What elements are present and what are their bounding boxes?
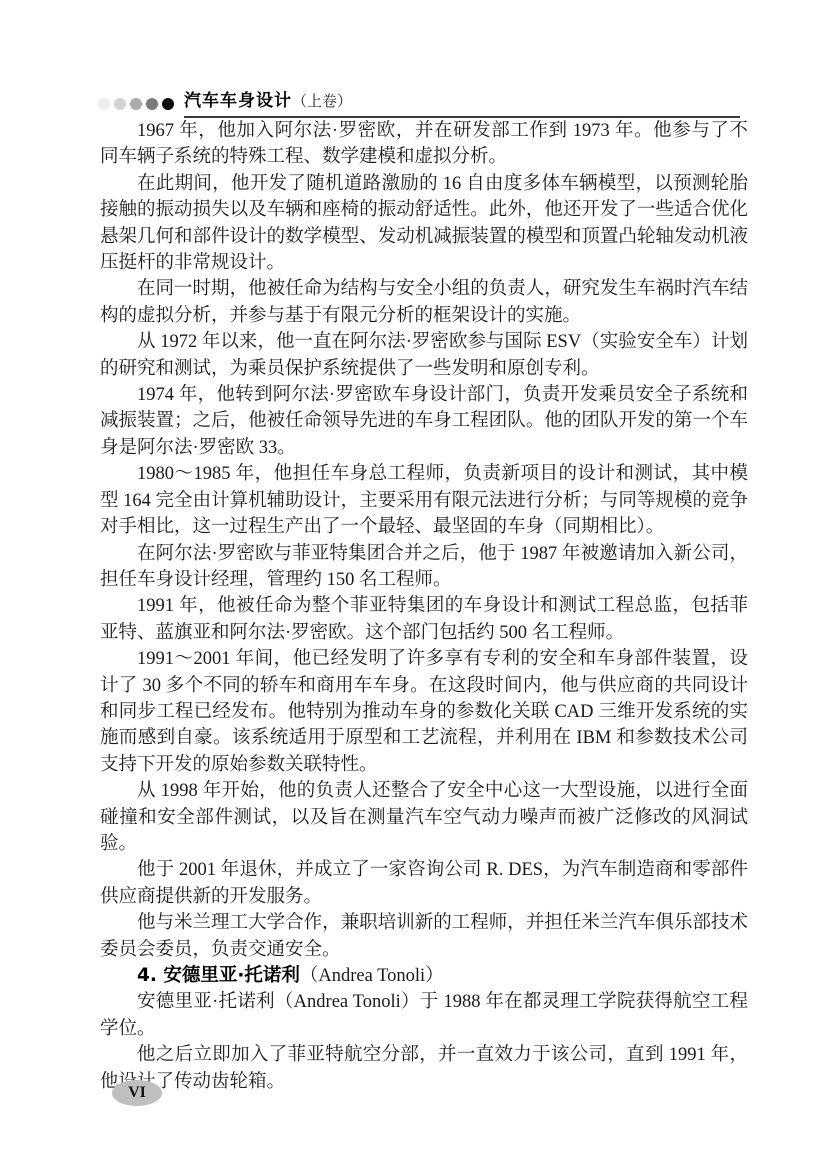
page-body: 1967 年，他加入阿尔法·罗密欧，并在研发部工作到 1973 年。他参与了不同…	[100, 118, 748, 1095]
paragraph: 从 1972 年以来，他一直在阿尔法·罗密欧参与国际 ESV（实验安全车）计划的…	[100, 329, 748, 382]
paragraph: 他与米兰理工大学合作，兼职培训新的工程师，并担任米兰汽车俱乐部技术委员会委员，负…	[100, 910, 748, 963]
paragraph: 1974 年，他转到阿尔法·罗密欧车身设计部门，负责开发乘员安全子系统和减振装置…	[100, 382, 748, 461]
paragraph: 在同一时期，他被任命为结构与安全小组的负责人，研究发生车祸时汽车结构的虚拟分析，…	[100, 276, 748, 329]
paragraph: 从 1998 年开始，他的负责人还整合了安全中心这一大型设施，以进行全面碰撞和安…	[100, 778, 748, 857]
section-heading-en: （Andrea Tonoli）	[300, 966, 444, 986]
header-dot-icon	[162, 98, 174, 110]
header-dot-icon	[146, 98, 158, 110]
paragraph: 1991～2001 年间，他已经发明了许多享有专利的安全和车身部件装置，设计了 …	[100, 646, 748, 778]
header-dots-icon	[98, 98, 174, 118]
paragraph: 在阿尔法·罗密欧与菲亚特集团合并之后，他于 1987 年被邀请加入新公司，担任车…	[100, 541, 748, 594]
section-heading-cn: 4. 安德里亚·托诺利	[137, 965, 300, 986]
book-page: 汽车车身设计（上卷） 1967 年，他加入阿尔法·罗密欧，并在研发部工作到 19…	[0, 0, 827, 1157]
section-heading: 4. 安德里亚·托诺利（Andrea Tonoli）	[100, 963, 748, 989]
header-dot-icon	[98, 98, 110, 110]
running-head: 汽车车身设计（上卷）	[184, 86, 740, 118]
paragraph: 1991 年，他被任命为整个菲亚特集团的车身设计和测试工程总监，包括菲亚特、蓝旗…	[100, 593, 748, 646]
paragraph: 在此期间，他开发了随机道路激励的 16 自由度多体车辆模型，以预测轮胎接触的振动…	[100, 171, 748, 277]
paragraph: 1967 年，他加入阿尔法·罗密欧，并在研发部工作到 1973 年。他参与了不同…	[100, 118, 748, 171]
paragraph: 他之后立即加入了菲亚特航空分部，并一直效力于该公司，直到 1991 年，他设计了…	[100, 1042, 748, 1095]
page-header: 汽车车身设计（上卷）	[98, 86, 740, 118]
header-dot-icon	[114, 98, 126, 110]
page-number: VI	[128, 1084, 146, 1102]
paragraph: 1980～1985 年，他担任车身总工程师，负责新项目的设计和测试，其中模型 1…	[100, 461, 748, 540]
book-title: 汽车车身设计	[184, 91, 292, 111]
paragraph: 他于 2001 年退休，并成立了一家咨询公司 R. DES，为汽车制造商和零部件…	[100, 857, 748, 910]
book-volume: （上卷）	[292, 94, 352, 110]
header-dot-icon	[130, 98, 142, 110]
paragraph: 安德里亚·托诺利（Andrea Tonoli）于 1988 年在都灵理工学院获得…	[100, 989, 748, 1042]
page-number-badge: VI	[112, 1080, 162, 1106]
